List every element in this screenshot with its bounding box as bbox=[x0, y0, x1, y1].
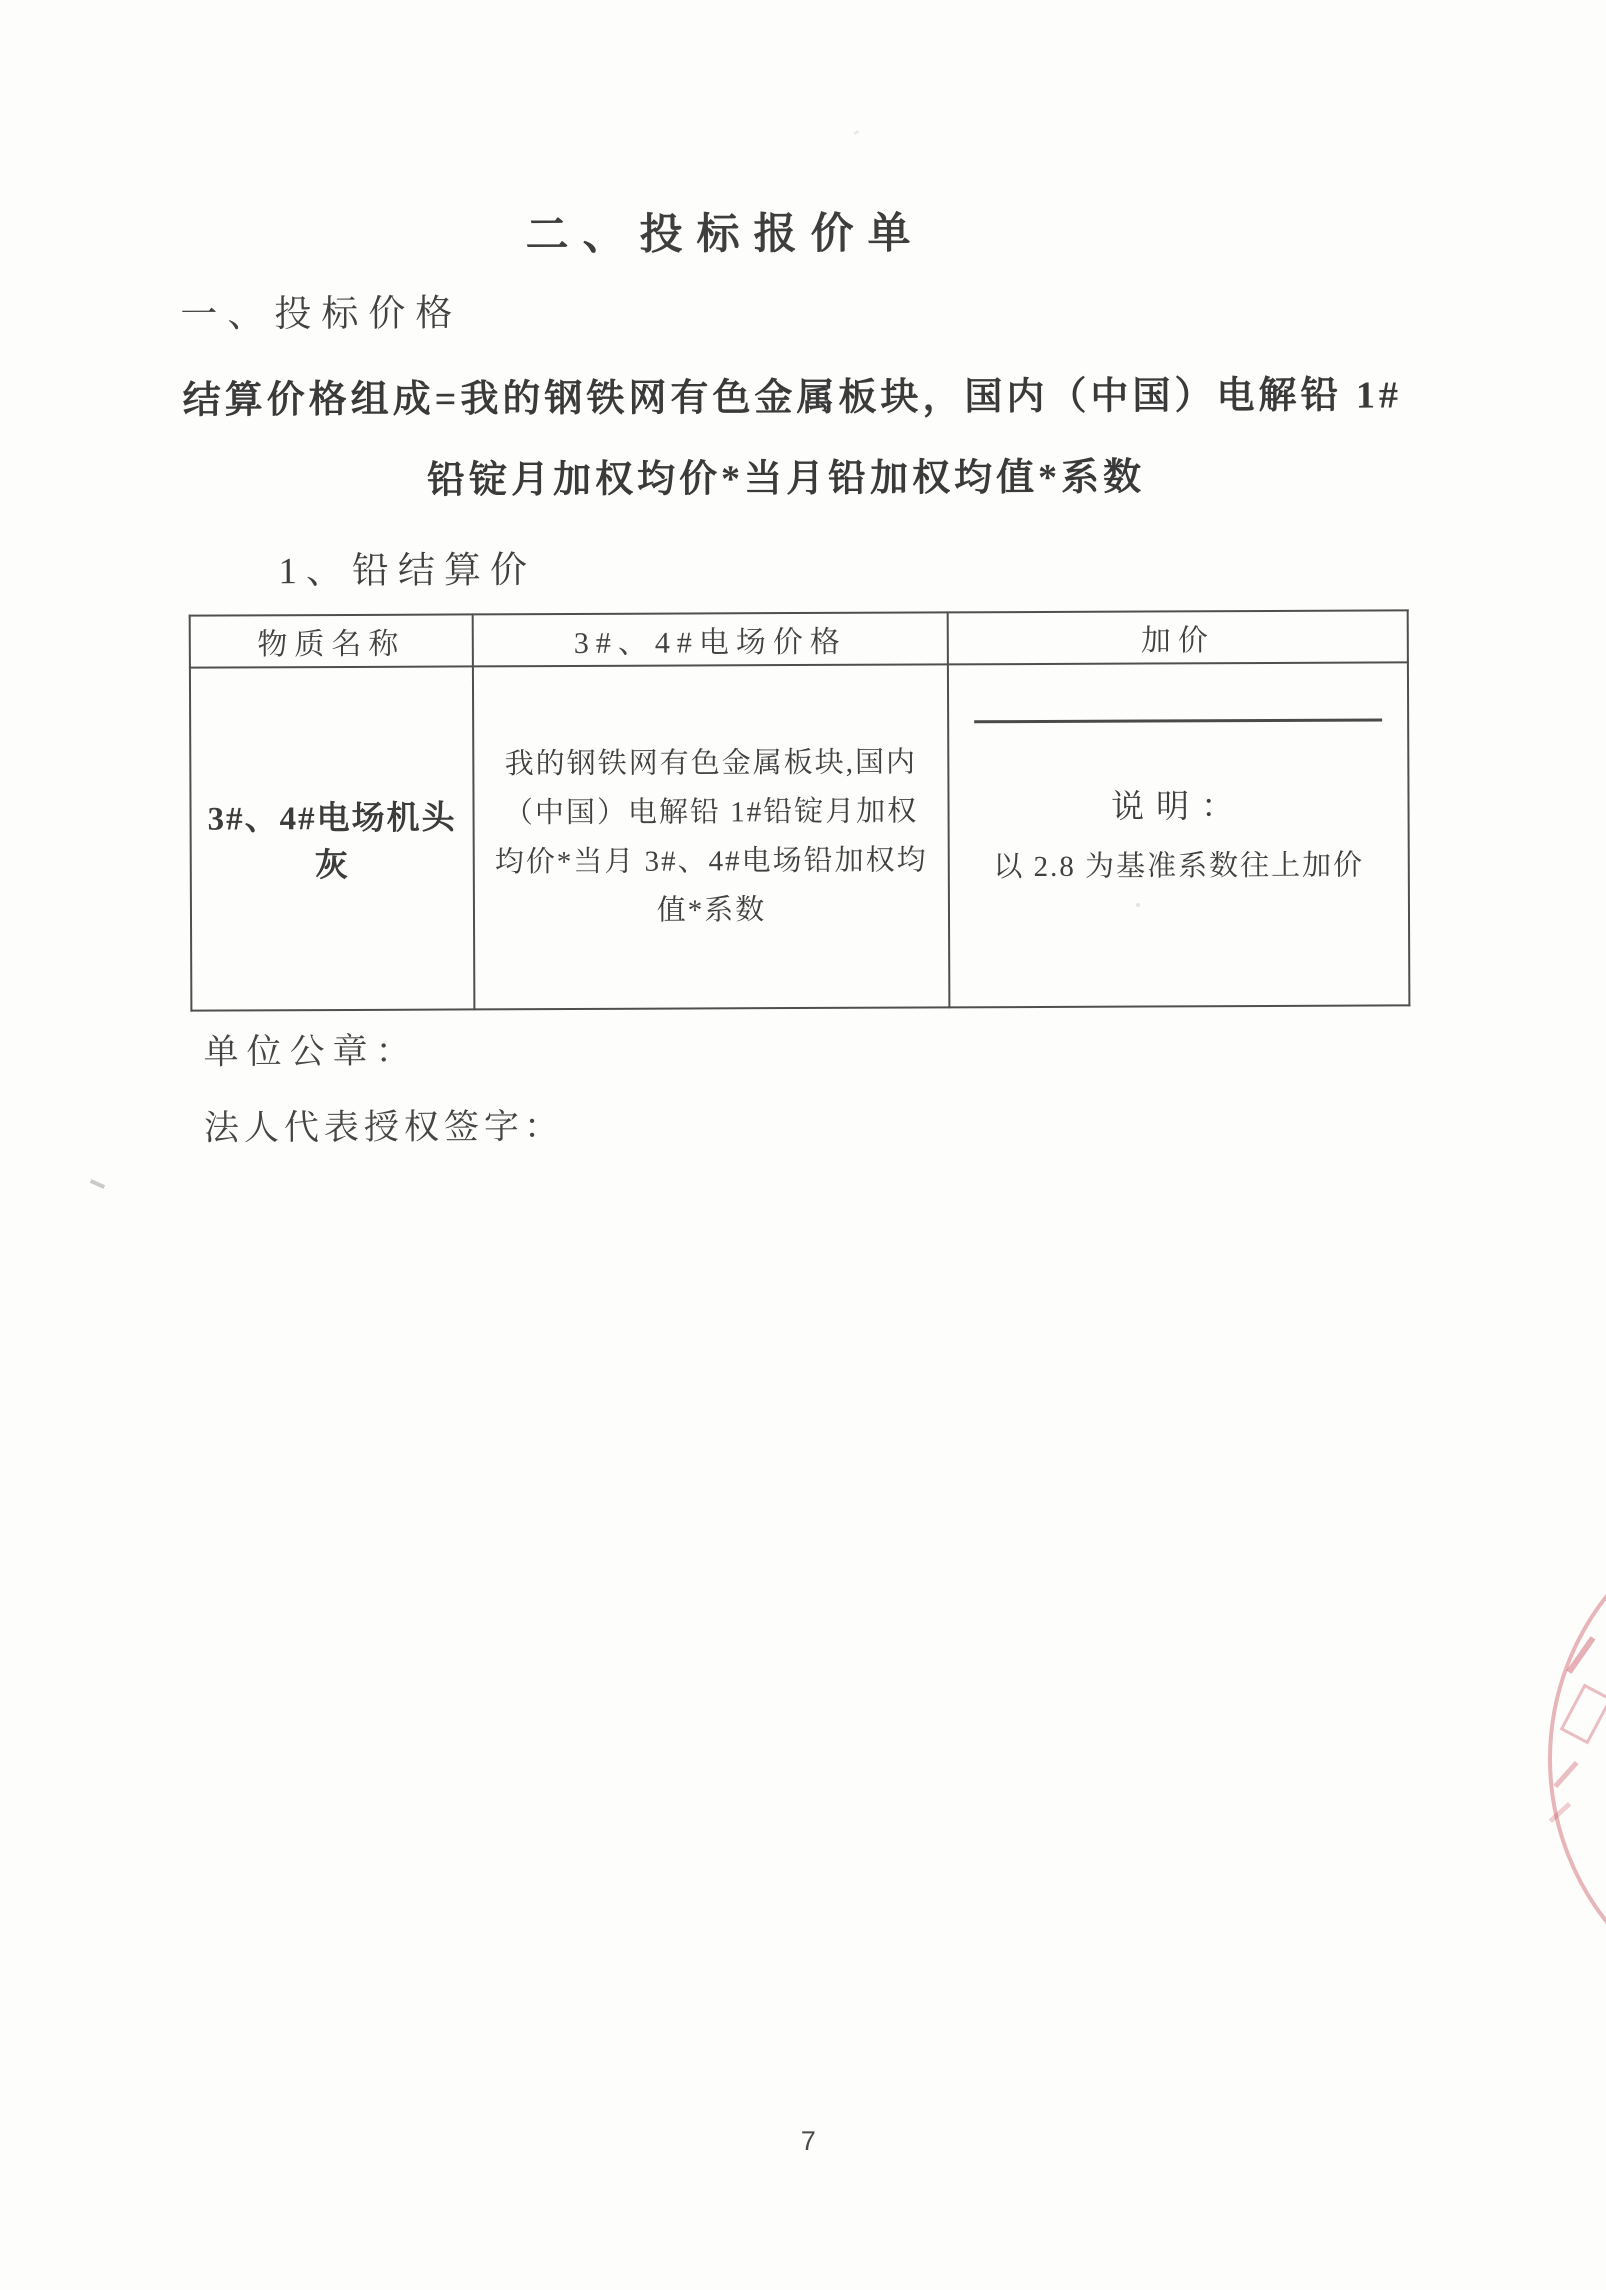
table-row: 3#、4#电场机头灰 我的钢铁网有色金属板块,国内 （中国）电解铅 1#铅锭月加… bbox=[190, 662, 1409, 1010]
document-page: 二、投标报价单 一、投标价格 结算价格组成=我的钢铁网有色金属板块，国内（中国）… bbox=[0, 0, 1606, 2290]
table-header-row: 物质名称 3#、4#电场价格 加价 bbox=[190, 610, 1408, 667]
header-material-name: 物质名称 bbox=[190, 614, 473, 667]
legal-representative-signature-label: 法人代表授权签字： bbox=[204, 1099, 564, 1151]
header-markup: 加价 bbox=[948, 610, 1408, 664]
section-heading-bid-price: 一、投标价格 bbox=[180, 282, 462, 337]
scan-speck bbox=[1136, 903, 1140, 907]
markup-note-title: 说明： bbox=[949, 779, 1407, 828]
page-title: 二、投标报价单 bbox=[0, 197, 1453, 264]
subsection-heading-lead-settlement: 1、铅结算价 bbox=[278, 539, 536, 594]
cell-markup-note: 说明： 以 2.8 为基准系数往上加价 bbox=[948, 662, 1409, 1007]
blank-fill-line bbox=[974, 718, 1382, 723]
settlement-formula-line1: 结算价格组成=我的钢铁网有色金属板块，国内（中国）电解铅 1# bbox=[183, 363, 1402, 423]
cell-material-name: 3#、4#电场机头灰 bbox=[190, 666, 474, 1010]
scanned-content: 二、投标报价单 一、投标价格 结算价格组成=我的钢铁网有色金属板块，国内（中国）… bbox=[0, 0, 1606, 2290]
header-field-price: 3#、4#电场价格 bbox=[473, 612, 948, 666]
markup-note-body: 以 2.8 为基准系数往上加价 bbox=[950, 842, 1408, 885]
settlement-formula-line2: 铅锭月加权均价*当月铅加权均值*系数 bbox=[0, 444, 1574, 506]
page-number: 7 bbox=[5, 2122, 1606, 2160]
lead-settlement-table: 物质名称 3#、4#电场价格 加价 3#、4#电场机头灰 我的钢铁网有色金属板块… bbox=[189, 609, 1411, 1011]
cell-price-formula: 我的钢铁网有色金属板块,国内 （中国）电解铅 1#铅锭月加权 均价*当月 3#、… bbox=[473, 664, 949, 1009]
company-seal-label: 单位公章： bbox=[203, 1024, 418, 1075]
